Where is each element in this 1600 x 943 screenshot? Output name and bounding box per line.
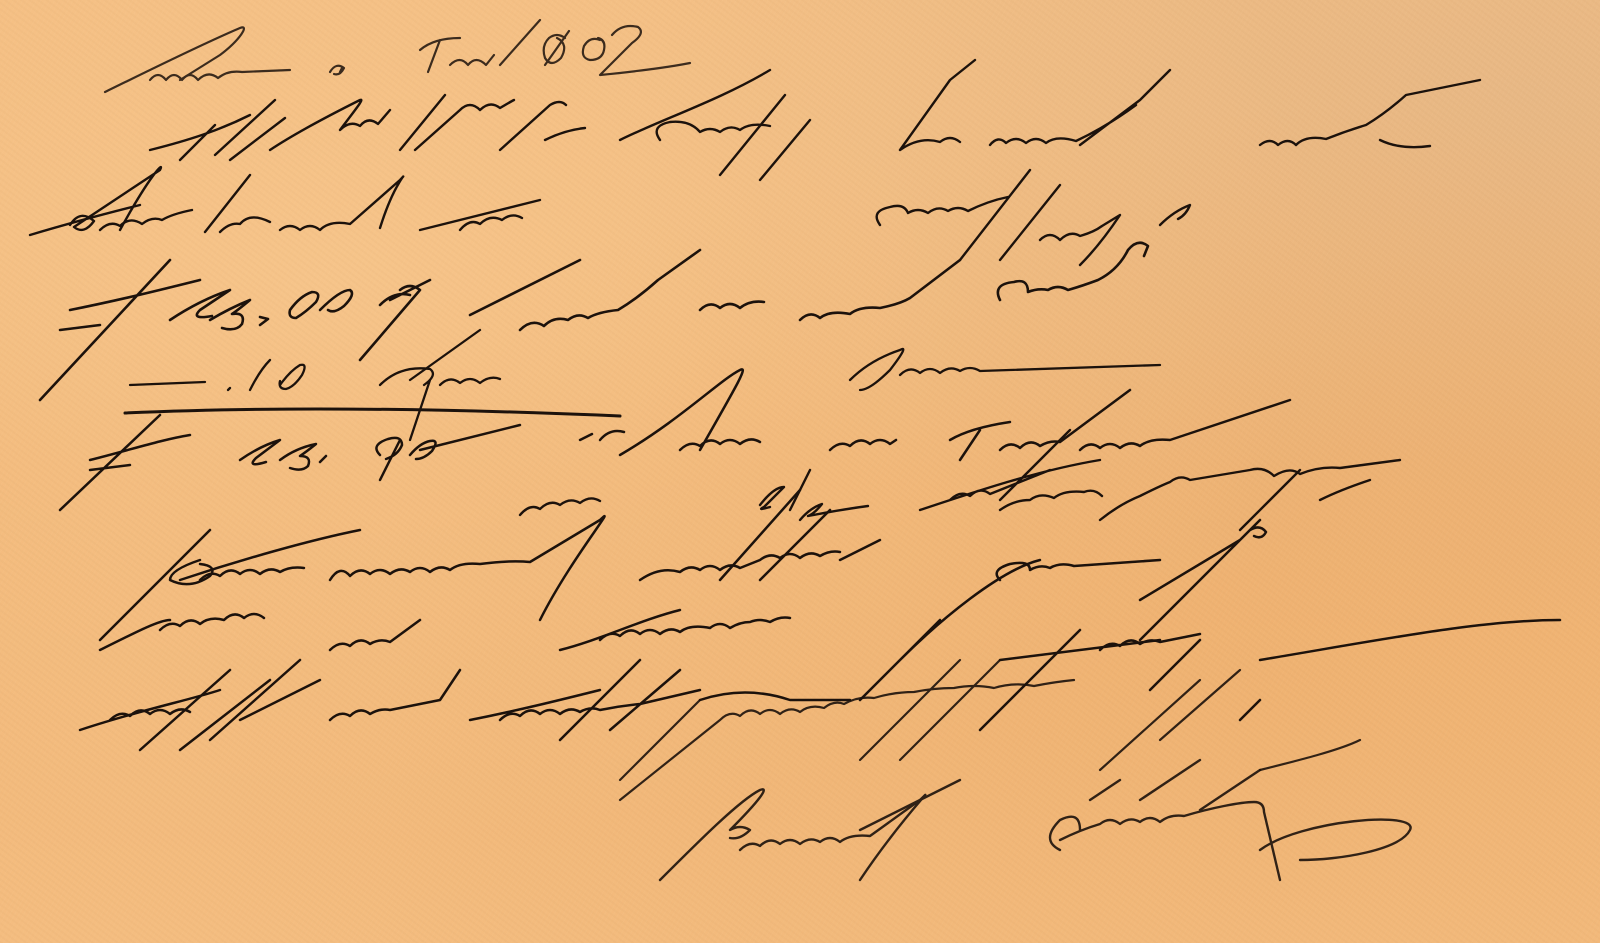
closing: Hochachtungsvoll bbox=[608, 750, 1030, 796]
body-line-9: gengenommen gutgeheißen bbox=[68, 690, 706, 736]
signature: Rudolf Schwarz bbox=[668, 830, 1040, 876]
body-line-3: f 23.80 zu Lasten, zuzügl. bbox=[68, 280, 665, 326]
body-line-1: Ich bestätige Ihnen hiermit bbox=[228, 105, 861, 151]
body-line-5: f 23.90 u. habe m. Factura bbox=[68, 430, 681, 476]
total-underline bbox=[125, 409, 620, 416]
body-line-2: dankend den Empfang v. bbox=[48, 195, 617, 241]
date-line: Wien 5. Juli 1882 bbox=[148, 40, 555, 86]
body-line-8: Waaren mit Ihrer Zustimmung entge- bbox=[138, 620, 990, 666]
body-line-7: Ihnen hierdurch gesandten Tuch bbox=[148, 550, 899, 596]
body-line-6: vom 2/2 betreff. englischen bbox=[508, 490, 1141, 536]
body-line-4: — .10 für Porto bbox=[118, 350, 483, 396]
